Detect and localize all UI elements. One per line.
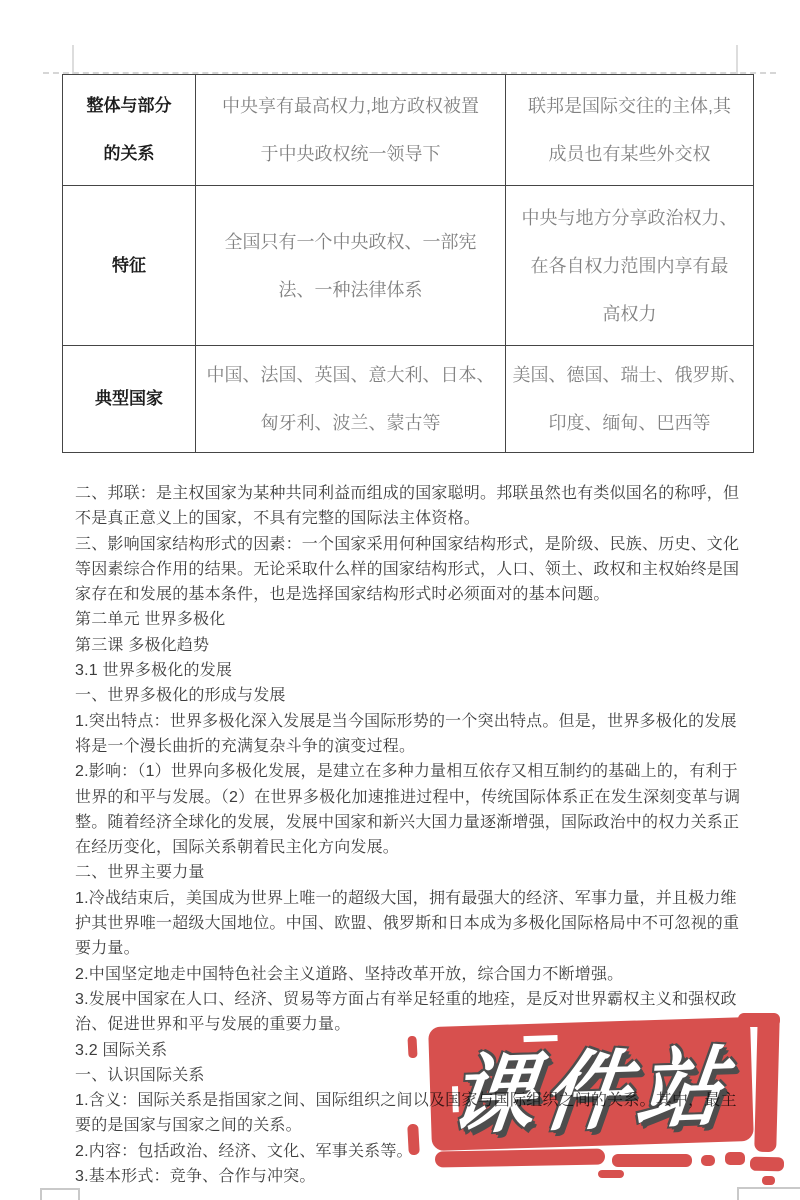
- table-row-header: 整体与部分 的关系: [63, 75, 196, 186]
- subsection-heading: 一、认识国际关系: [75, 1063, 746, 1088]
- comparison-table: 整体与部分 的关系 中央享有最高权力,地方政权被置 于中央政权统一领导下 联邦是…: [62, 74, 754, 453]
- table-cell: 中央与地方分享政治权力、 在各自权力范围内享有最 高权力: [506, 186, 754, 346]
- table-cell: 美国、德国、瑞士、俄罗斯、 印度、缅甸、巴西等: [506, 346, 754, 453]
- paragraph: 2.影响：（1）世界向多极化发展，是建立在多种力量相互依存又相互制约的基础上的，…: [75, 759, 746, 860]
- paragraph: 3.发展中国家在人口、经济、贸易等方面占有举足轻重的地痊，是反对世界霸权主义和强…: [75, 987, 746, 1038]
- prev-page-table-edge-left: [72, 45, 74, 74]
- stamp-border-fragment: [750, 1157, 784, 1172]
- paragraph: 1.突出特点：世界多极化深入发展是当今国际形势的一个突出特点。但是，世界多极化的…: [75, 709, 746, 760]
- subsection-heading: 二、世界主要力量: [75, 860, 746, 885]
- unit-heading: 第二单元 世界多极化: [75, 607, 746, 632]
- section-heading: 3.1 世界多极化的发展: [75, 658, 746, 683]
- next-element-fragment-right: [737, 1187, 800, 1200]
- prev-page-table-edge-right: [736, 45, 738, 74]
- subsection-heading: 一、世界多极化的形成与发展: [75, 683, 746, 708]
- next-element-fragment-left: [40, 1188, 80, 1200]
- table-cell: 联邦是国际交往的主体,其 成员也有某些外交权: [506, 75, 754, 186]
- paragraph: 2.内容：包括政治、经济、文化、军事关系等。: [75, 1139, 746, 1164]
- document-body-text: 二、邦联：是主权国家为某种共同利益而组成的国家聪明。邦联虽然也有类似国名的称呼，…: [75, 481, 746, 1189]
- table-row: 整体与部分 的关系 中央享有最高权力,地方政权被置 于中央政权统一领导下 联邦是…: [63, 75, 754, 186]
- document-page: 整体与部分 的关系 中央享有最高权力,地方政权被置 于中央政权统一领导下 联邦是…: [0, 0, 800, 1200]
- paragraph: 1.冷战结束后，美国成为世界上唯一的超级大国，拥有最强大的经济、军事力量，并且极…: [75, 886, 746, 962]
- lesson-heading: 第三课 多极化趋势: [75, 633, 746, 658]
- table-row-header: 典型国家: [63, 346, 196, 453]
- paragraph: 3.基本形式：竞争、合作与冲突。: [75, 1164, 746, 1189]
- paragraph: 2.中国坚定地走中国特色社会主义道路、坚持改革开放，综合国力不断增强。: [75, 962, 746, 987]
- paragraph: 二、邦联：是主权国家为某种共同利益而组成的国家聪明。邦联虽然也有类似国名的称呼，…: [75, 481, 746, 532]
- paragraph: 三、影响国家结构形式的因素：一个国家采用何种国家结构形式，是阶级、民族、历史、文…: [75, 532, 746, 608]
- table-cell: 中央享有最高权力,地方政权被置 于中央政权统一领导下: [196, 75, 506, 186]
- table-row-header: 特征: [63, 186, 196, 346]
- paragraph: 1.含义：国际关系是指国家之间、国际组织之间以及国家与国际组织之间的关系。其中，…: [75, 1088, 746, 1139]
- table-row: 特征 全国只有一个中央政权、一部宪 法、一种法律体系 中央与地方分享政治权力、 …: [63, 186, 754, 346]
- section-heading: 3.2 国际关系: [75, 1038, 746, 1063]
- table-row: 典型国家 中国、法国、英国、意大利、日本、 匈牙利、波兰、蒙古等 美国、德国、瑞…: [63, 346, 754, 453]
- stamp-border-fragment: [762, 1176, 775, 1185]
- stamp-border-fragment: [754, 1014, 780, 1153]
- table-cell: 中国、法国、英国、意大利、日本、 匈牙利、波兰、蒙古等: [196, 346, 506, 453]
- table-cell: 全国只有一个中央政权、一部宪 法、一种法律体系: [196, 186, 506, 346]
